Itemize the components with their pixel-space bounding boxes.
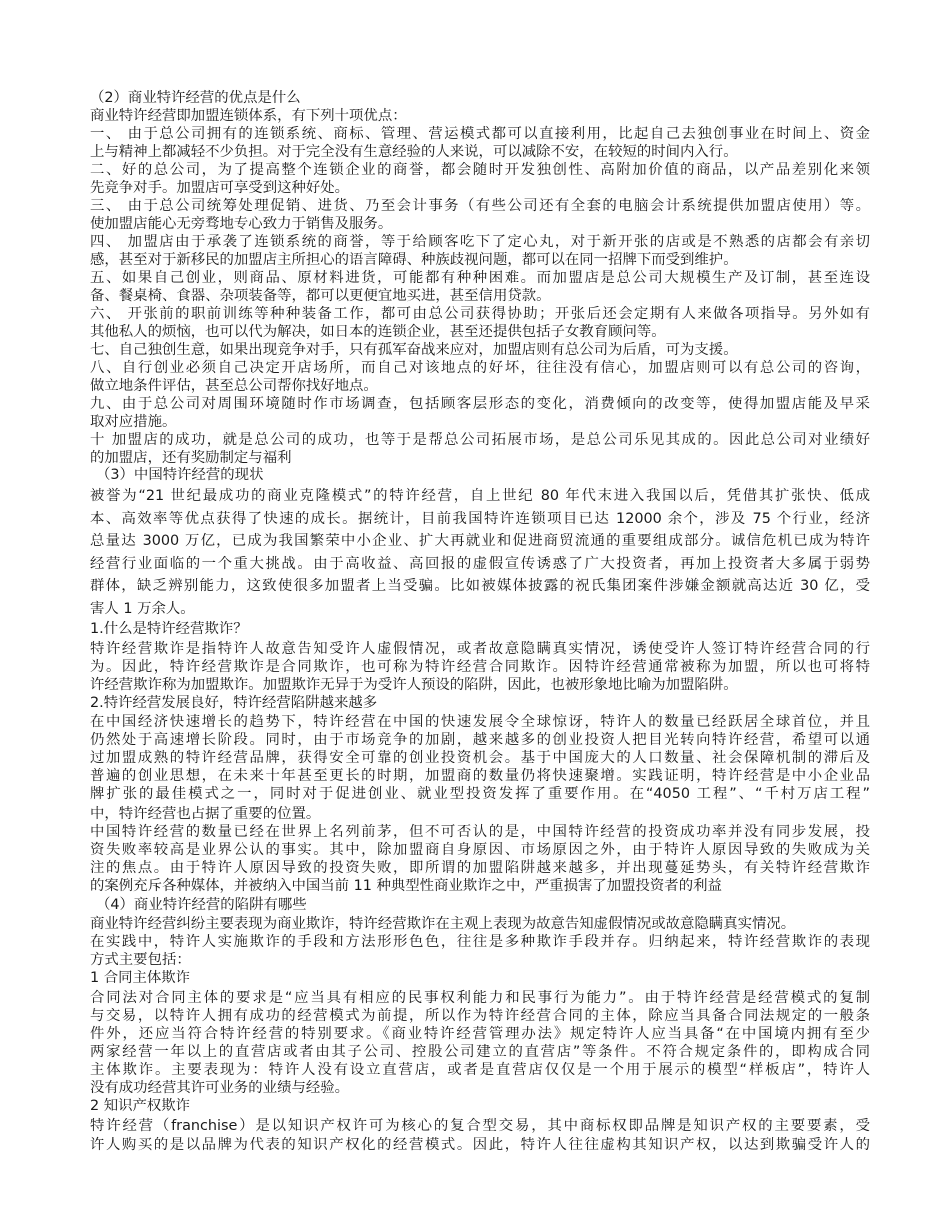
subheading-what-is-fraud: 1.什么是特许经营欺诈？ [90, 620, 870, 638]
section-heading-traps: （4）商业特许经营的陷阱有哪些 [96, 896, 876, 914]
paragraph-line: 没有成功经营其许可业务的业绩与经验。 [90, 1079, 870, 1097]
paragraph-line: 备、餐桌椅、食器、杂项装备等，都可以更便宜地买进，甚至信用贷款。 [90, 287, 870, 305]
section-heading-china-status: （3）中国特许经营的现状 [96, 466, 876, 484]
paragraph-line: 中，特许经营也占据了重要的位置。 [90, 805, 870, 823]
paragraph-line: 合同法对合同主体的要求是“应当具有相应的民事权利能力和民事行为能力”。由于特许经… [90, 989, 870, 1007]
paragraph-line: 四、 加盟店由于承袭了连锁系统的商誉，等于给顾客吃下了定心丸，对于新开张的店或是… [90, 233, 870, 251]
subheading-ip-fraud: 2 知识产权欺诈 [90, 1097, 870, 1115]
subheading-growth-and-traps: 2.特许经营发展良好，特许经营陷阱越来越多 [90, 694, 870, 712]
paragraph-line: 许人购买的是以品牌为代表的知识产权化的经营模式。因此，特许人往往虚构其知识产权，… [90, 1136, 870, 1154]
paragraph-line: 先竞争对手。加盟店可享受到这种好处。 [90, 179, 870, 197]
paragraph-line: 商业特许经营即加盟连锁体系，有下列十项优点： [90, 107, 870, 125]
paragraph-line: 总量达 3000 万亿，已成为我国繁荣中小企业、扩大再就业和促进商贸流通的重要组… [90, 530, 870, 552]
paragraph-line: 九、由于总公司对周围环境随时作市场调查，包括顾客层形态的变化，消费倾向的改变等，… [90, 395, 870, 413]
paragraph-line: 群体，缺乏辨别能力，这致使很多加盟者上当受骗。比如被媒体披露的祝氏集团案件涉嫌金… [90, 575, 870, 597]
paragraph-line: 的加盟店，还有奖励制定与福利 [90, 449, 870, 467]
paragraph-line: 使加盟店能心无旁骛地专心致力于销售及服务。 [90, 215, 870, 233]
paragraph-line: 两家经营一年以上的直营店或者由其子公司、控股公司建立的直营店”等条件。不符合规定… [90, 1043, 870, 1061]
paragraph-line: 三、 由于总公司统筹处理促销、进货、乃至会计事务（有些公司还有全套的电脑会计系统… [90, 197, 870, 215]
paragraph-line: 十 加盟店的成功，就是总公司的成功，也等于是帮总公司拓展市场，是总公司乐见其成的… [90, 431, 870, 449]
paragraph-line: 上与精神上都减轻不少负担。对于完全没有生意经验的人来说，可以减除不安，在较短的时… [90, 143, 870, 161]
paragraph-line: 在实践中，特许人实施欺诈的手段和方法形形色色，往往是多种欺诈手段并存。归纳起来，… [90, 933, 870, 951]
paragraph-line: 一、 由于总公司拥有的连锁系统、商标、管理、营运模式都可以直接利用，比起自己去独… [90, 125, 870, 143]
paragraph-line: 二、好的总公司，为了提高整个连锁企业的商誉，都会随时开发独创性、高附加价值的商品… [90, 161, 870, 179]
paragraph-line: 过加盟成熟的特许经营品牌，获得安全可靠的创业投资机会。基于中国庞大的人口数量、社… [90, 749, 870, 767]
paragraph-line: 六、 开张前的职前训练等种种装备工作，都可由总公司获得协助；开张后还会定期有人来… [90, 305, 870, 323]
paragraph-line: 方式主要包括： [90, 951, 870, 969]
paragraph-line: 其他私人的烦恼，也可以代为解决，如日本的连锁企业，甚至还提供包括子女教育顾问等。 [90, 323, 870, 341]
paragraph-line: 七、自己独创生意，如果出现竞争对手，只有孤军奋战来应对，加盟店则有总公司为后盾，… [90, 341, 870, 359]
paragraph-line: 中国特许经营的数量已经在世界上名列前茅，但不可否认的是，中国特许经营的投资成功率… [90, 823, 870, 841]
paragraph-line: 为。因此，特许经营欺诈是合同欺诈，也可称为特许经营合同欺诈。因特许经营通常被称为… [90, 658, 870, 676]
document-page: （2）商业特许经营的优点是什么 商业特许经营即加盟连锁体系，有下列十项优点： 一… [0, 0, 950, 1230]
subheading-contract-subject-fraud: 1 合同主体欺诈 [90, 969, 870, 987]
paragraph-line: 仍然处于高速增长阶段。同时，由于市场竞争的加剧，越来越多的创业投资人把目光转向特… [90, 731, 870, 749]
paragraph-line: 特许经营欺诈是指特许人故意告知受许人虚假情况，或者故意隐瞒真实情况，诱使受许人签… [90, 640, 870, 658]
paragraph-line: 主体欺诈。主要表现为：特许人没有设立直营店，或者是直营店仅仅是一个用于展示的模型… [90, 1061, 870, 1079]
paragraph-line: 特许经营（franchise）是以知识产权许可为核心的复合型交易，其中商标权即品… [90, 1117, 870, 1135]
paragraph-line: 资失败率较高是业界公认的事实。其中，除加盟商自身原因、市场原因之外，由于特许人原… [90, 841, 870, 859]
paragraph-line: 普遍的创业思想，在未来十年甚至更长的时期，加盟商的数量仍将快速聚增。实践证明，特… [90, 767, 870, 785]
paragraph-line: 八、自行创业必须自己决定开店场所，而自己对该地点的好坏，往往没有信心，加盟店则可… [90, 359, 870, 377]
paragraph-line: 件外，还应当符合特许经营的特别要求。《商业特许经营管理办法》规定特许人应当具备“… [90, 1025, 870, 1043]
paragraph-line: 牌扩张的最佳模式之一，同时对于促进创业、就业型投资发挥了重要作用。在“4050 … [90, 785, 870, 803]
paragraph-line: 取对应措施。 [90, 413, 870, 431]
paragraph-line: 注的焦点。由于特许人原因导致的投资失败，即所谓的加盟陷阱越来越多，并出现蔓延势头… [90, 859, 870, 877]
paragraph-line: 的案例充斥各种媒体，并被纳入中国当前 11 种典型性商业欺诈之中，严重损害了加盟… [90, 877, 870, 895]
section-heading-advantages: （2）商业特许经营的优点是什么 [90, 89, 870, 107]
paragraph-line: 本、高效率等优点获得了快速的成长。据统计，目前我国特许连锁项目已达 12000 … [90, 508, 870, 530]
paragraph-line: 许经营欺诈称为加盟欺诈。加盟欺诈无异于为受许人预设的陷阱，因此，也被形象地比喻为… [90, 676, 870, 694]
paragraph-line: 在中国经济快速增长的趋势下，特许经营在中国的快速发展令全球惊讶，特许人的数量已经… [90, 713, 870, 731]
paragraph-line: 与交易，以特许人拥有成功的经营模式为前提，所以作为特许经营合同的主体，除应当具备… [90, 1007, 870, 1025]
paragraph-line: 害人 1 万余人。 [90, 598, 870, 620]
paragraph-line: 被誉为“21 世纪最成功的商业克隆模式”的特许经营，自上世纪 80 年代末进入我… [90, 485, 870, 507]
paragraph-line: 经营行业面临的一个重大挑战。由于高收益、高回报的虚假宣传诱惑了广大投资者，再加上… [90, 553, 870, 575]
paragraph-line: 感，甚至对于新移民的加盟店主所担心的语言障碍、种族歧视问题，都可以在同一招牌下而… [90, 251, 870, 269]
paragraph-line: 做立地条件评估，甚至总公司帮你找好地点。 [90, 377, 870, 395]
paragraph-line: 商业特许经营纠纷主要表现为商业欺诈，特许经营欺诈在主观上表现为故意告知虚假情况或… [90, 915, 870, 933]
paragraph-line: 五、如果自己创业，则商品、原材料进货，可能都有种种困难。而加盟店是总公司大规模生… [90, 269, 870, 287]
